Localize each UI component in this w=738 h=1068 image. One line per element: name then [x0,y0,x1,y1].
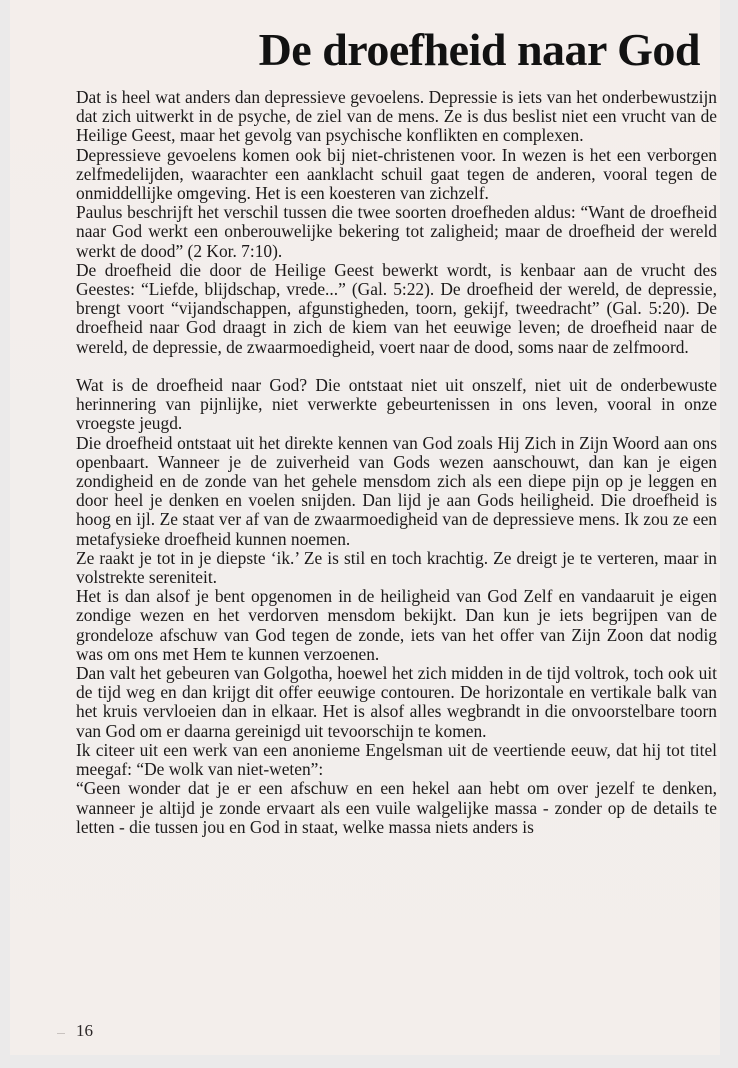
page-number: 16 [76,1021,93,1041]
chapter-title: De droefheid naar God [259,24,700,76]
paragraph-11: “Geen wonder dat je er een afschuw en ee… [76,779,717,837]
book-page: De droefheid naar God Dat is heel wat an… [10,0,720,1055]
paragraph-9: Dan valt het gebeuren van Golgotha, hoew… [76,664,717,741]
margin-mark [57,1033,65,1034]
paragraph-10: Ik citeer uit een werk van een anonieme … [76,741,717,779]
paragraph-1: Dat is heel wat anders dan depressieve g… [76,88,717,146]
paragraph-6: Die droefheid ontstaat uit het direkte k… [76,434,717,549]
paragraph-5: Wat is de droefheid naar God? Die ontsta… [76,376,717,434]
body-text: Dat is heel wat anders dan depressieve g… [76,88,717,837]
paragraph-2: Depressieve gevoelens komen ook bij niet… [76,146,717,204]
paragraph-8: Het is dan alsof je bent opgenomen in de… [76,587,717,664]
paragraph-4: De droefheid die door de Heilige Geest b… [76,261,717,357]
paragraph-7: Ze raakt je tot in je diepste ‘ik.’ Ze i… [76,549,717,587]
paragraph-3: Paulus beschrijft het verschil tussen di… [76,203,717,261]
